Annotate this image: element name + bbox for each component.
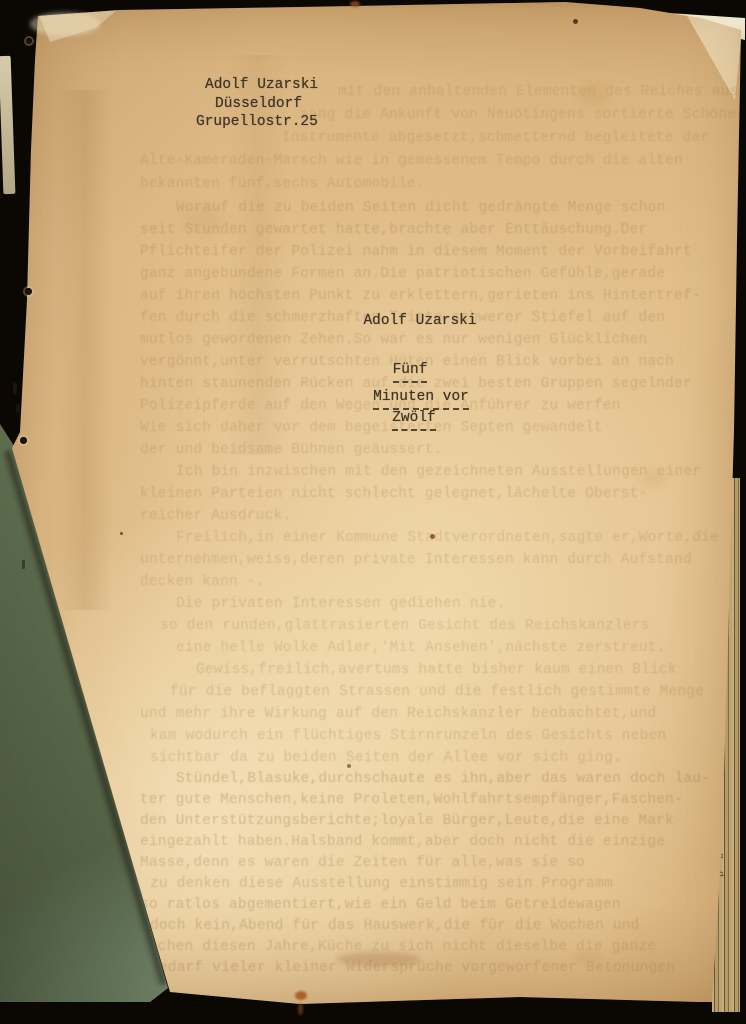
- bleedthrough-line: Ich bin inzwischen mit den gezeichneten …: [176, 465, 701, 480]
- paper-mark: [347, 764, 351, 768]
- punch-hole: [26, 38, 32, 44]
- torn-corner-top-left: [0, 0, 200, 60]
- paper-mark: [16, 404, 20, 413]
- bleedthrough-line: für die beflaggten Strassen und die fest…: [170, 685, 704, 700]
- bleedthrough-line: eine helle Wolke Adler,'Mit Ansehen',näc…: [176, 641, 666, 656]
- bleedthrough-line: Pflichteifer der Polizei nahm in diesem …: [140, 245, 692, 260]
- bleedthrough-line: auf ihren höchsten Punkt zu erklettern,g…: [140, 289, 701, 304]
- title-line-1: Fünf: [130, 362, 690, 378]
- paper-mark: [350, 1, 360, 7]
- title-block: Fünf Minuten vor Zwölf: [140, 362, 700, 436]
- paper-mark: [30, 12, 100, 36]
- bleedthrough-line: Alte-Kameraden-Marsch wie in gemessenem …: [140, 154, 683, 169]
- bleedthrough-line: zu denken diese Ausstellung einstimmig s…: [150, 877, 613, 892]
- paper-crease: [58, 90, 112, 610]
- bleedthrough-line: doch kein,Abend für das Hauswerk,die für…: [150, 919, 640, 934]
- bleedthrough-line: reicher Ausdruck.: [140, 509, 291, 524]
- paper-mark: [430, 534, 435, 539]
- bleedthrough-line: Stündel,Blasuke,durchschaute es ihn,aber…: [176, 772, 710, 787]
- bleedthrough-line: Worauf die zu beiden Seiten dicht gedrän…: [176, 201, 666, 216]
- paper-mark: [572, 952, 602, 962]
- underlying-page-edge-left: [0, 56, 15, 194]
- bleedthrough-line: mit den anhaltenden Elementen des Reiche…: [338, 85, 746, 100]
- bleedthrough-line: kleinen Parteien nicht schlecht gelegnet…: [140, 487, 647, 502]
- author-street-line: Grupellostr.25: [196, 113, 318, 132]
- paper-mark: [22, 560, 25, 569]
- title-line-2: Minuten vor: [141, 389, 701, 405]
- paper-mark: [298, 1003, 303, 1015]
- bleedthrough-line: ganz angebundene Formen an.Die patriotis…: [140, 267, 665, 282]
- title-line-3: Zwölf: [134, 410, 694, 426]
- bleedthrough-line: und mehr ihre Wirkung auf den Reichskanz…: [140, 707, 656, 722]
- bleedthrough-line: decken kann -.: [140, 575, 265, 590]
- title-page-author: Adolf Uzarski: [140, 313, 700, 329]
- author-city-line: Düsseldorf: [215, 95, 318, 114]
- bleedthrough-line: der und beidsame Bühnen geäussert.: [140, 443, 443, 458]
- bleedthrough-line: kam wodurch ein flüchtiges Stirnrunzeln …: [150, 729, 666, 744]
- paper-mark: [578, 84, 610, 106]
- bleedthrough-line: Masse,denn es waren die Zeiten für alle,…: [140, 856, 585, 871]
- paper-mark: [120, 532, 123, 535]
- paper-mark: [182, 206, 226, 236]
- bleedthrough-line: so den runden,glattrasierten Gesicht des…: [160, 619, 650, 634]
- bleedthrough-line: den Unterstützungsberichte;loyale Bürger…: [140, 814, 674, 829]
- bleedthrough-line: Die privaten Interessen gediehen nie.: [176, 597, 505, 612]
- paper-mark: [640, 470, 666, 486]
- bleedthrough-line: eingezahlt haben.Halsband kommt,aber doc…: [140, 835, 665, 850]
- bleedthrough-line: so ratlos abgementiert,wie ein Geld beim…: [140, 898, 621, 913]
- paper-mark: [295, 991, 307, 1000]
- punch-hole: [25, 288, 32, 295]
- bleedthrough-line: sichtbar da zu beiden Seiten der Allee v…: [150, 751, 622, 766]
- bleedthrough-line: ter gute Menschen,keine Proleten,Wohlfah…: [140, 793, 683, 808]
- bleedthrough-line: Gewiss,freilich,avertums hatte bisher ka…: [196, 663, 677, 678]
- author-name-line: Adolf Uzarski: [205, 76, 318, 95]
- bleedthrough-line: sang die Ankunft von Neuötingens sortier…: [300, 108, 745, 123]
- bleedthrough-line: bekannten fünf,sechs Automobile.: [140, 177, 425, 192]
- paper-mark: [13, 383, 17, 394]
- paper-mark: [336, 952, 421, 966]
- bleedthrough-line: unternehmen,weiss,deren private Interess…: [140, 553, 692, 568]
- author-address-block: Adolf Uzarski Düsseldorf Grupellostr.25: [196, 76, 318, 132]
- bleedthrough-line: Instrumente abgesetzt,schmetternd beglei…: [282, 131, 709, 146]
- paper-mark: [573, 19, 578, 24]
- bleedthrough-line: Freilich,in einer Kommune Stadtverordnet…: [176, 531, 719, 546]
- document-scan: p b mit den anhaltenden Elementen des Re…: [0, 0, 746, 1024]
- bleedthrough-line: mutlos gewordenen Zehen.So war es nur we…: [140, 333, 647, 348]
- punch-hole: [20, 437, 27, 444]
